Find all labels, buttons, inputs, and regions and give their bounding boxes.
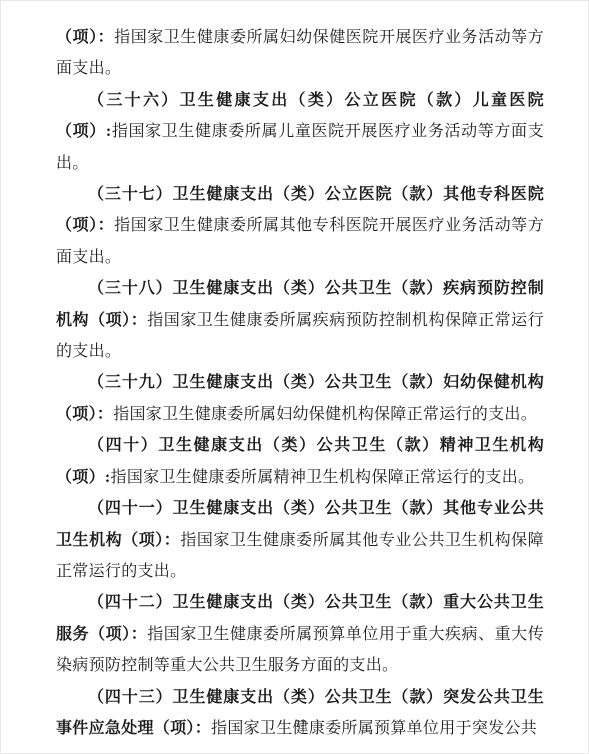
- paragraph: （四十二）卫生健康支出（类）公共卫生（款）重大公共卫生服务（项）：指国家卫生健康…: [56, 587, 544, 681]
- paragraph: （三十九）卫生健康支出（类）公共卫生（款）妇幼保健机构（项）：指国家卫生健康委所…: [56, 367, 544, 430]
- paragraph: （四十）卫生健康支出（类）公共卫生（款）精神卫生机构（项）:指国家卫生健康委所属…: [56, 430, 544, 493]
- paragraph: （三十八）卫生健康支出（类）公共卫生（款）疾病预防控制机构（项）：指国家卫生健康…: [56, 273, 544, 367]
- document-page: （项）：指国家卫生健康委所属妇幼保健医院开展医疗业务活动等方面支出。 （三十六）…: [0, 0, 589, 754]
- paragraph-body: 指国家卫生健康委所属精神卫生机构保障正常运行的支出。: [111, 469, 535, 486]
- paragraph-body: 指国家卫生健康委所属儿童医院开展医疗业务活动等方面支出。: [56, 123, 544, 171]
- paragraph-body: 指国家卫生健康委所属妇幼保健机构保障正常运行的支出。: [113, 406, 537, 423]
- paragraph: （四十三）卫生健康支出（类）公共卫生（款）突发公共卫生事件应急处理（项）：指国家…: [56, 682, 544, 745]
- paragraph: （四十一）卫生健康支出（类）公共卫生（款）其他专业公共卫生机构（项）：指国家卫生…: [56, 493, 544, 587]
- paragraph-list: （项）：指国家卫生健康委所属妇幼保健医院开展医疗业务活动等方面支出。 （三十六）…: [56, 22, 544, 744]
- page-number: 57: [56, 718, 544, 730]
- paragraph: （三十六）卫生健康支出（类）公立医院（款）儿童医院（项）:指国家卫生健康委所属儿…: [56, 85, 544, 179]
- paragraph-body: 指国家卫生健康委所属妇幼保健医院开展医疗业务活动等方面支出。: [56, 29, 544, 77]
- paragraph-body: 指国家卫生健康委所属其他专科医院开展医疗业务活动等方面支出。: [56, 217, 544, 265]
- paragraph: （三十七）卫生健康支出（类）公立医院（款）其他专科医院（项）：指国家卫生健康委所…: [56, 179, 544, 273]
- paragraph-heading: （项）：: [56, 29, 114, 46]
- paragraph: （项）：指国家卫生健康委所属妇幼保健医院开展医疗业务活动等方面支出。: [56, 22, 544, 85]
